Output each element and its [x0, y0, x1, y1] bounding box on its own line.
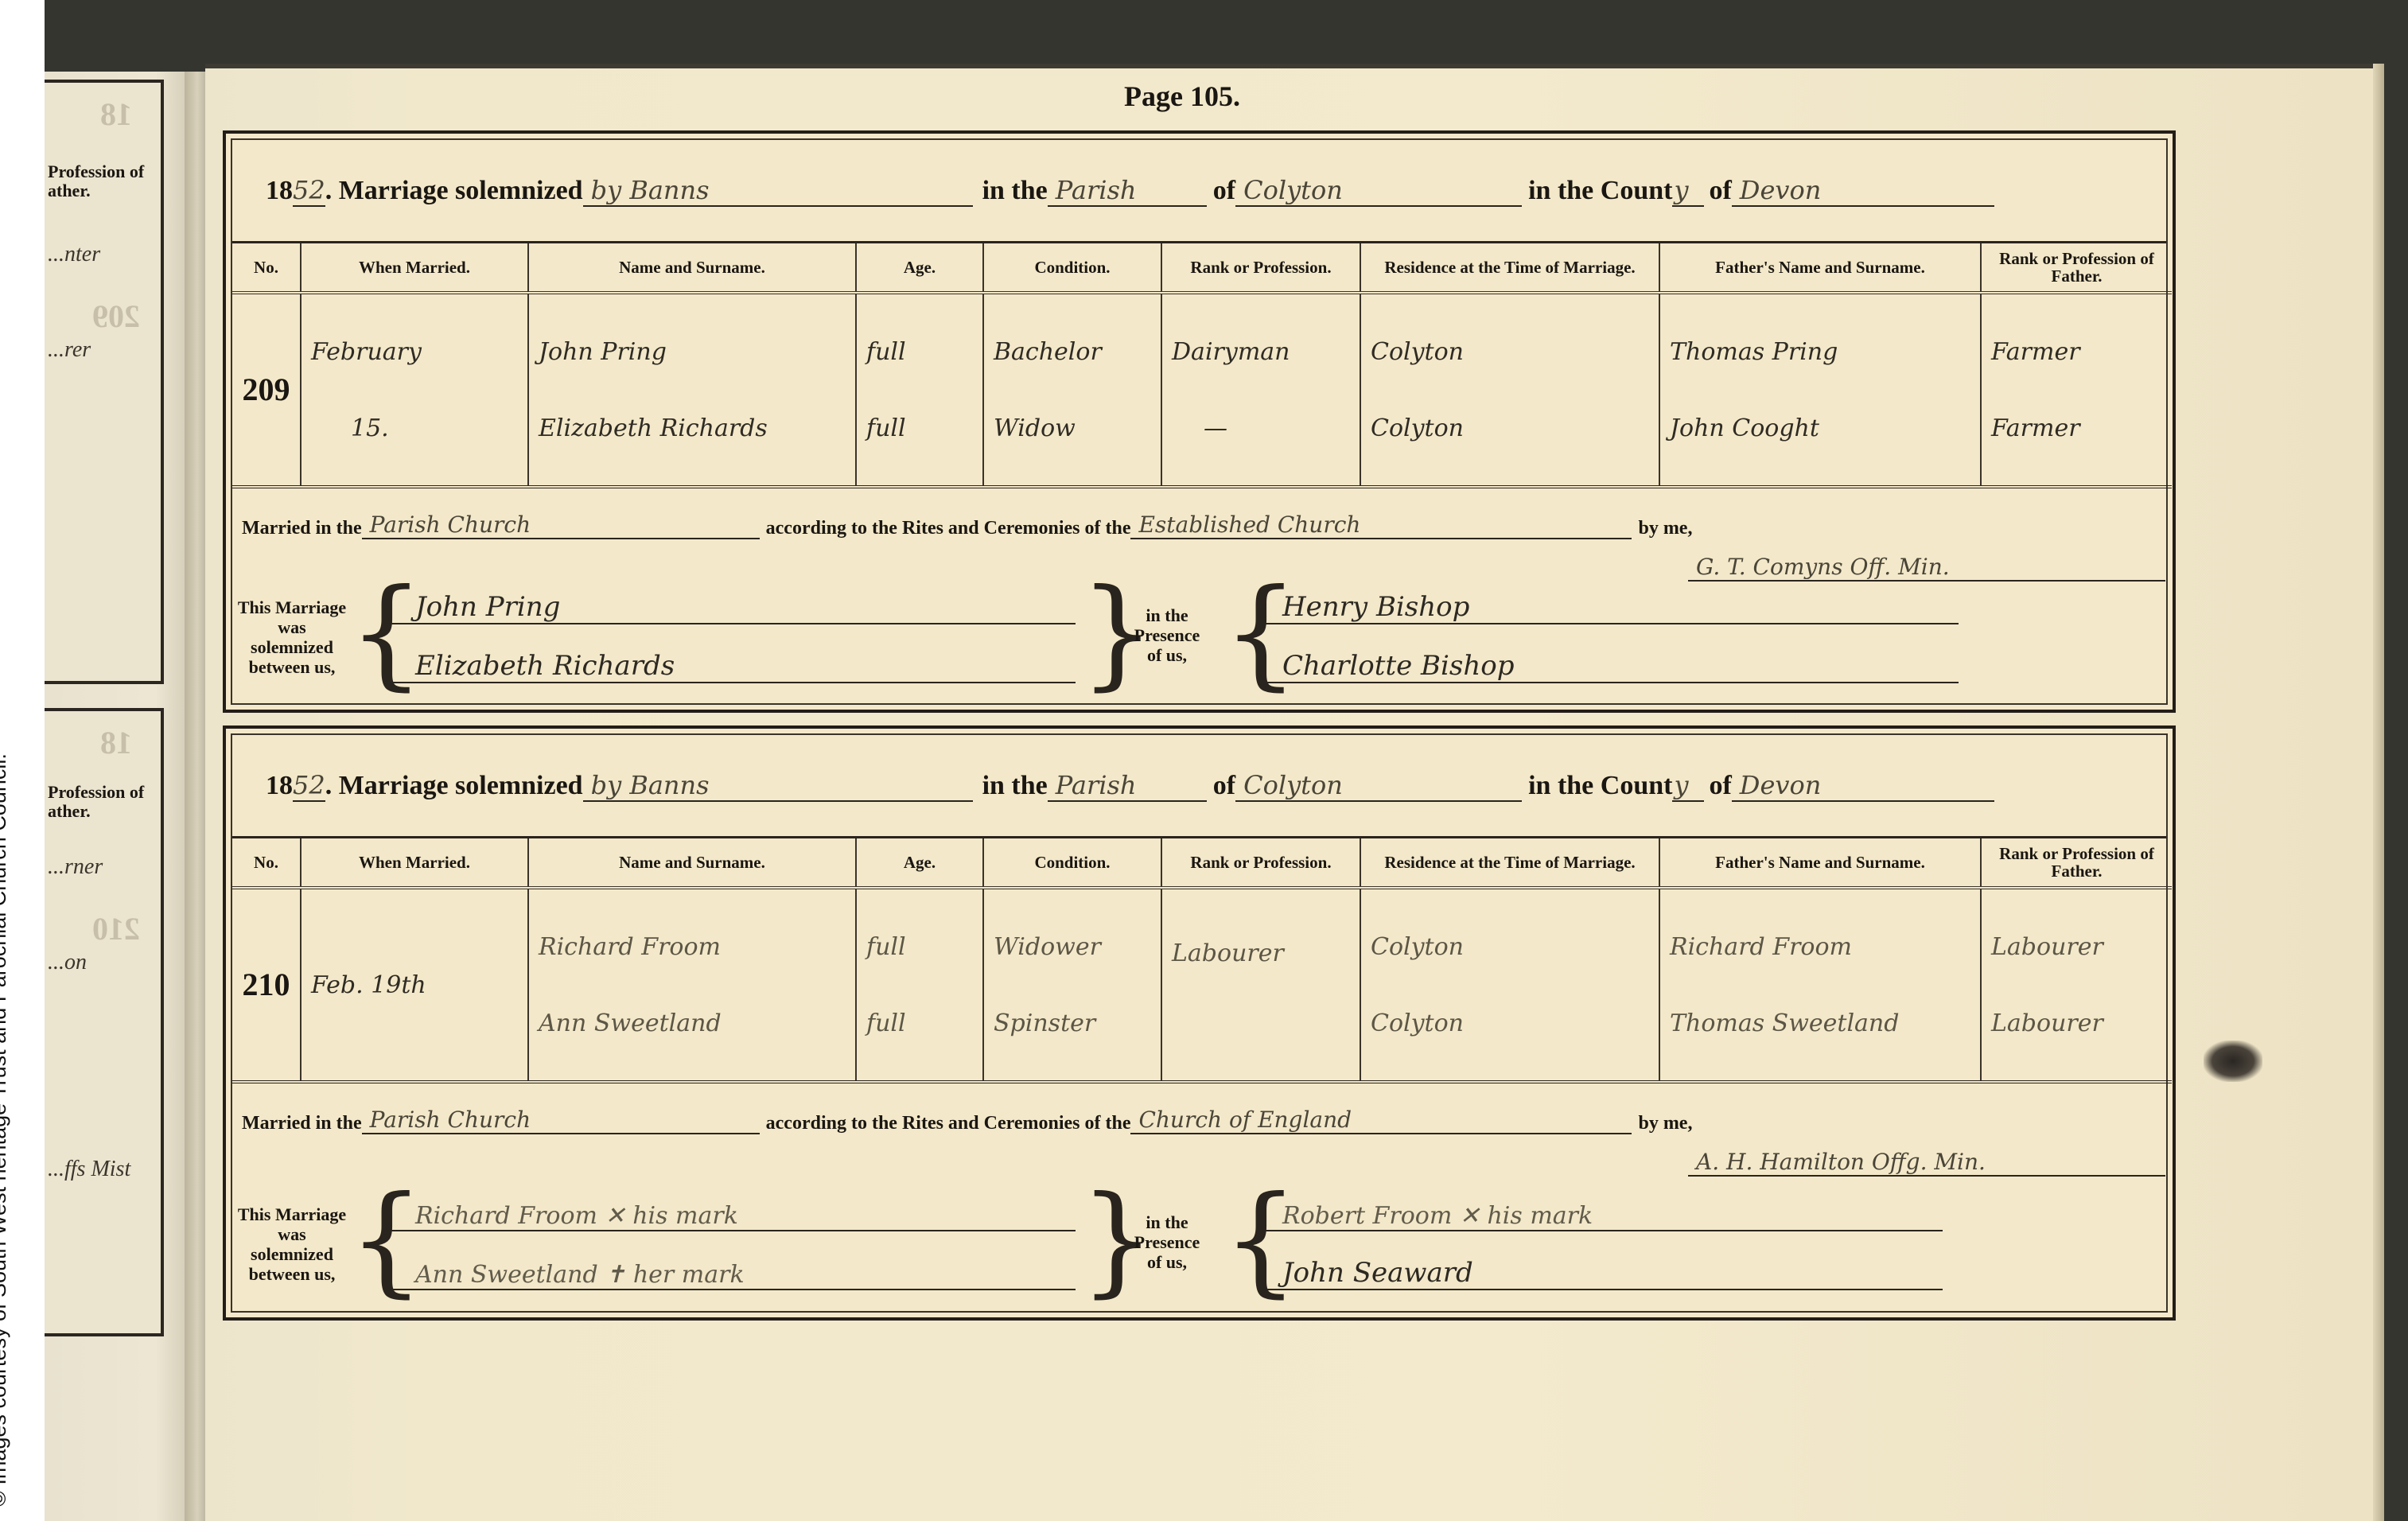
year-prefix: 18: [266, 176, 293, 206]
col-header-no: No.: [232, 243, 301, 293]
witness-signature-1: Henry Bishop: [1258, 582, 1959, 624]
bleed-through-number: 18: [100, 724, 132, 761]
left-minister-fragment: ...ffs Mist: [48, 1157, 130, 1182]
table-header-row: No. When Married. Name and Surname. Age.…: [232, 838, 2172, 888]
groom-rank: Dairyman: [1172, 338, 1350, 366]
bleed-through-number: 18: [100, 95, 132, 133]
groom-condition: Widower: [994, 933, 1151, 961]
year-prefix: 18: [266, 771, 293, 801]
groom-condition: Bachelor: [994, 338, 1151, 366]
copyright-notice: © Images courtesy of South West heritage…: [0, 592, 11, 1507]
bride-father-rank: Farmer: [1991, 414, 2162, 442]
left-page-fragment: 18 Profession of ather. ...nter 209 ...r…: [45, 72, 204, 1521]
entry-title-row: 18 52 . Marriage solemnized by Banns in …: [232, 140, 2166, 243]
groom-father: Richard Froom: [1670, 933, 1970, 961]
rites-value: Church of England: [1130, 1107, 1632, 1134]
entry-frame: 18 52 . Marriage solemnized by Banns in …: [231, 733, 2168, 1313]
col-header-father-rank: Rank or Profession of Father.: [1981, 838, 2172, 888]
table-header-row: No. When Married. Name and Surname. Age.…: [232, 243, 2172, 293]
marriage-entry-209: 18 52 . Marriage solemnized by Banns in …: [223, 130, 2176, 713]
bride-father-rank: Labourer: [1991, 1009, 2162, 1037]
left-header-fragment: Profession of: [48, 783, 144, 802]
in-the-label: in the: [982, 771, 1048, 801]
solemnized-by-value: by Banns: [583, 175, 973, 207]
col-header-name: Name and Surname.: [528, 838, 856, 888]
married-in-row: Married in the Parish Church according t…: [232, 1082, 2166, 1134]
bride-name: Elizabeth Richards: [539, 414, 846, 442]
in-presence-label: in thePresenceof us,: [1123, 605, 1211, 665]
witness-signature-2: Charlotte Bishop: [1258, 640, 1959, 683]
left-header-fragment-2: ather.: [48, 802, 91, 821]
bleed-through-number: 209: [92, 298, 140, 335]
left-entry-box-1: 18 Profession of ather. ...nter 209 ...r…: [45, 80, 164, 684]
groom-residence: Colyton: [1371, 338, 1649, 366]
col-header-name: Name and Surname.: [528, 243, 856, 293]
county-value: Devon: [1732, 770, 1994, 802]
rites-label: according to the Rites and Ceremonies of…: [766, 1113, 1131, 1134]
table-row: 209 February15. John PringElizabeth Rich…: [232, 293, 2172, 487]
witness-signature-1: Robert Froom ✕ his mark: [1258, 1188, 1943, 1231]
marriage-solemnized-label: . Marriage solemnized: [325, 176, 583, 206]
ink-smudge: [2204, 1041, 2262, 1082]
entry-frame: 18 52 . Marriage solemnized by Banns in …: [231, 138, 2168, 705]
signature-block: This Marriagewassolemnizedbetween us, { …: [232, 574, 2166, 701]
col-header-condition: Condition.: [983, 838, 1161, 888]
rites-label: according to the Rites and Ceremonies of…: [766, 518, 1131, 539]
this-marriage-label: This Marriagewassolemnizedbetween us,: [232, 597, 352, 677]
marriage-entry-210: 18 52 . Marriage solemnized by Banns in …: [223, 725, 2176, 1321]
col-header-father-name: Father's Name and Surname.: [1659, 243, 1981, 293]
bride-name: Ann Sweetland: [539, 1009, 846, 1037]
page-edge: [2373, 64, 2384, 1521]
by-me-label: by me,: [1638, 518, 1692, 539]
col-header-residence: Residence at the Time of Marriage.: [1360, 243, 1659, 293]
groom-age: full: [866, 933, 973, 961]
bride-residence: Colyton: [1371, 414, 1649, 442]
county-label: in the Count: [1528, 771, 1672, 801]
col-header-father-rank: Rank or Profession of Father.: [1981, 243, 2172, 293]
col-header-age: Age.: [856, 838, 983, 888]
marriage-solemnized-label: . Marriage solemnized: [325, 771, 583, 801]
col-header-residence: Residence at the Time of Marriage.: [1360, 838, 1659, 888]
entry-number: 209: [232, 294, 300, 485]
by-me-label: by me,: [1638, 1113, 1692, 1134]
when-married-month: February: [311, 338, 518, 366]
groom-rank: Labourer: [1172, 939, 1350, 967]
bride-residence: Colyton: [1371, 1009, 1649, 1037]
year-suffix: 52: [293, 175, 325, 207]
register-table: No. When Married. Name and Surname. Age.…: [232, 838, 2172, 1083]
bride-age: full: [866, 414, 973, 442]
col-header-no: No.: [232, 838, 301, 888]
bride-rank: —: [1172, 414, 1350, 442]
married-in-value: Parish Church: [362, 512, 760, 539]
signature-block: This Marriagewassolemnizedbetween us, { …: [232, 1181, 2166, 1308]
groom-name: Richard Froom: [539, 933, 846, 961]
left-handwriting: ...rner: [48, 854, 103, 880]
left-header-fragment: Profession of: [48, 162, 144, 181]
entry-title-row: 18 52 . Marriage solemnized by Banns in …: [232, 735, 2166, 838]
register-page: Page 105. 18 52 . Marriage solemnized by…: [205, 64, 2375, 1521]
when-married-date: Feb. 19th: [311, 971, 518, 999]
district-type-value: Parish: [1048, 770, 1207, 802]
col-header-father-name: Father's Name and Surname.: [1659, 838, 1981, 888]
in-presence-label: in thePresenceof us,: [1123, 1212, 1211, 1272]
this-marriage-label: This Marriagewassolemnizedbetween us,: [232, 1204, 352, 1284]
bride-condition: Widow: [994, 414, 1151, 442]
col-header-age: Age.: [856, 243, 983, 293]
left-entry-box-2: 18 Profession of ather. ...rner 210 ...o…: [45, 708, 164, 1336]
married-in-label: Married in the: [242, 518, 362, 539]
bride-age: full: [866, 1009, 973, 1037]
of-label: of: [1709, 176, 1731, 206]
married-in-label: Married in the: [242, 1113, 362, 1134]
county-label: in the Count: [1528, 176, 1672, 206]
in-the-label: in the: [982, 176, 1048, 206]
credit-strip: © Images courtesy of South West heritage…: [0, 0, 45, 1521]
left-handwriting: ...on: [48, 950, 87, 975]
left-handwriting: ...rer: [48, 337, 91, 363]
bride-father: Thomas Sweetland: [1670, 1009, 1970, 1037]
of-label: of: [1213, 771, 1235, 801]
col-header-when-married: When Married.: [301, 243, 528, 293]
page-number: Page 105.: [1124, 80, 1240, 113]
register-table: No. When Married. Name and Surname. Age.…: [232, 243, 2172, 488]
groom-residence: Colyton: [1371, 933, 1649, 961]
col-header-when-married: When Married.: [301, 838, 528, 888]
solemnized-by-value: by Banns: [583, 770, 973, 802]
officiant-signature: A. H. Hamilton Offg. Min.: [1688, 1149, 2165, 1177]
when-married-day: 15.: [311, 414, 518, 442]
witness-signature-2: John Seaward: [1258, 1247, 1943, 1290]
bride-father: John Cooght: [1670, 414, 1970, 442]
left-header-fragment-2: ather.: [48, 181, 91, 200]
groom-father-rank: Labourer: [1991, 933, 2162, 961]
groom-father-rank: Farmer: [1991, 338, 2162, 366]
district-type-value: Parish: [1048, 175, 1207, 207]
county-suffix: y: [1672, 175, 1704, 207]
place-value: Colyton: [1235, 770, 1522, 802]
county-suffix: y: [1672, 770, 1704, 802]
county-value: Devon: [1732, 175, 1994, 207]
place-value: Colyton: [1235, 175, 1522, 207]
col-header-rank: Rank or Profession.: [1161, 838, 1360, 888]
party-signature-1: John Pring: [391, 582, 1076, 624]
groom-name: John Pring: [539, 338, 846, 366]
bride-condition: Spinster: [994, 1009, 1151, 1037]
of-label: of: [1709, 771, 1731, 801]
rites-value: Established Church: [1130, 512, 1632, 539]
col-header-rank: Rank or Profession.: [1161, 243, 1360, 293]
married-in-row: Married in the Parish Church according t…: [232, 487, 2166, 539]
party-signature-2: Ann Sweetland ✝ her mark: [391, 1247, 1076, 1290]
left-handwriting: ...nter: [48, 242, 100, 267]
of-label: of: [1213, 176, 1235, 206]
entry-number: 210: [232, 889, 300, 1080]
bleed-through-number: 210: [92, 910, 140, 947]
party-signature-1: Richard Froom ✕ his mark: [391, 1188, 1076, 1231]
married-in-value: Parish Church: [362, 1107, 760, 1134]
table-row: 210 Feb. 19th Richard FroomAnn Sweetland…: [232, 888, 2172, 1082]
year-suffix: 52: [293, 770, 325, 802]
col-header-condition: Condition.: [983, 243, 1161, 293]
groom-father: Thomas Pring: [1670, 338, 1970, 366]
party-signature-2: Elizabeth Richards: [391, 640, 1076, 683]
groom-age: full: [866, 338, 973, 366]
